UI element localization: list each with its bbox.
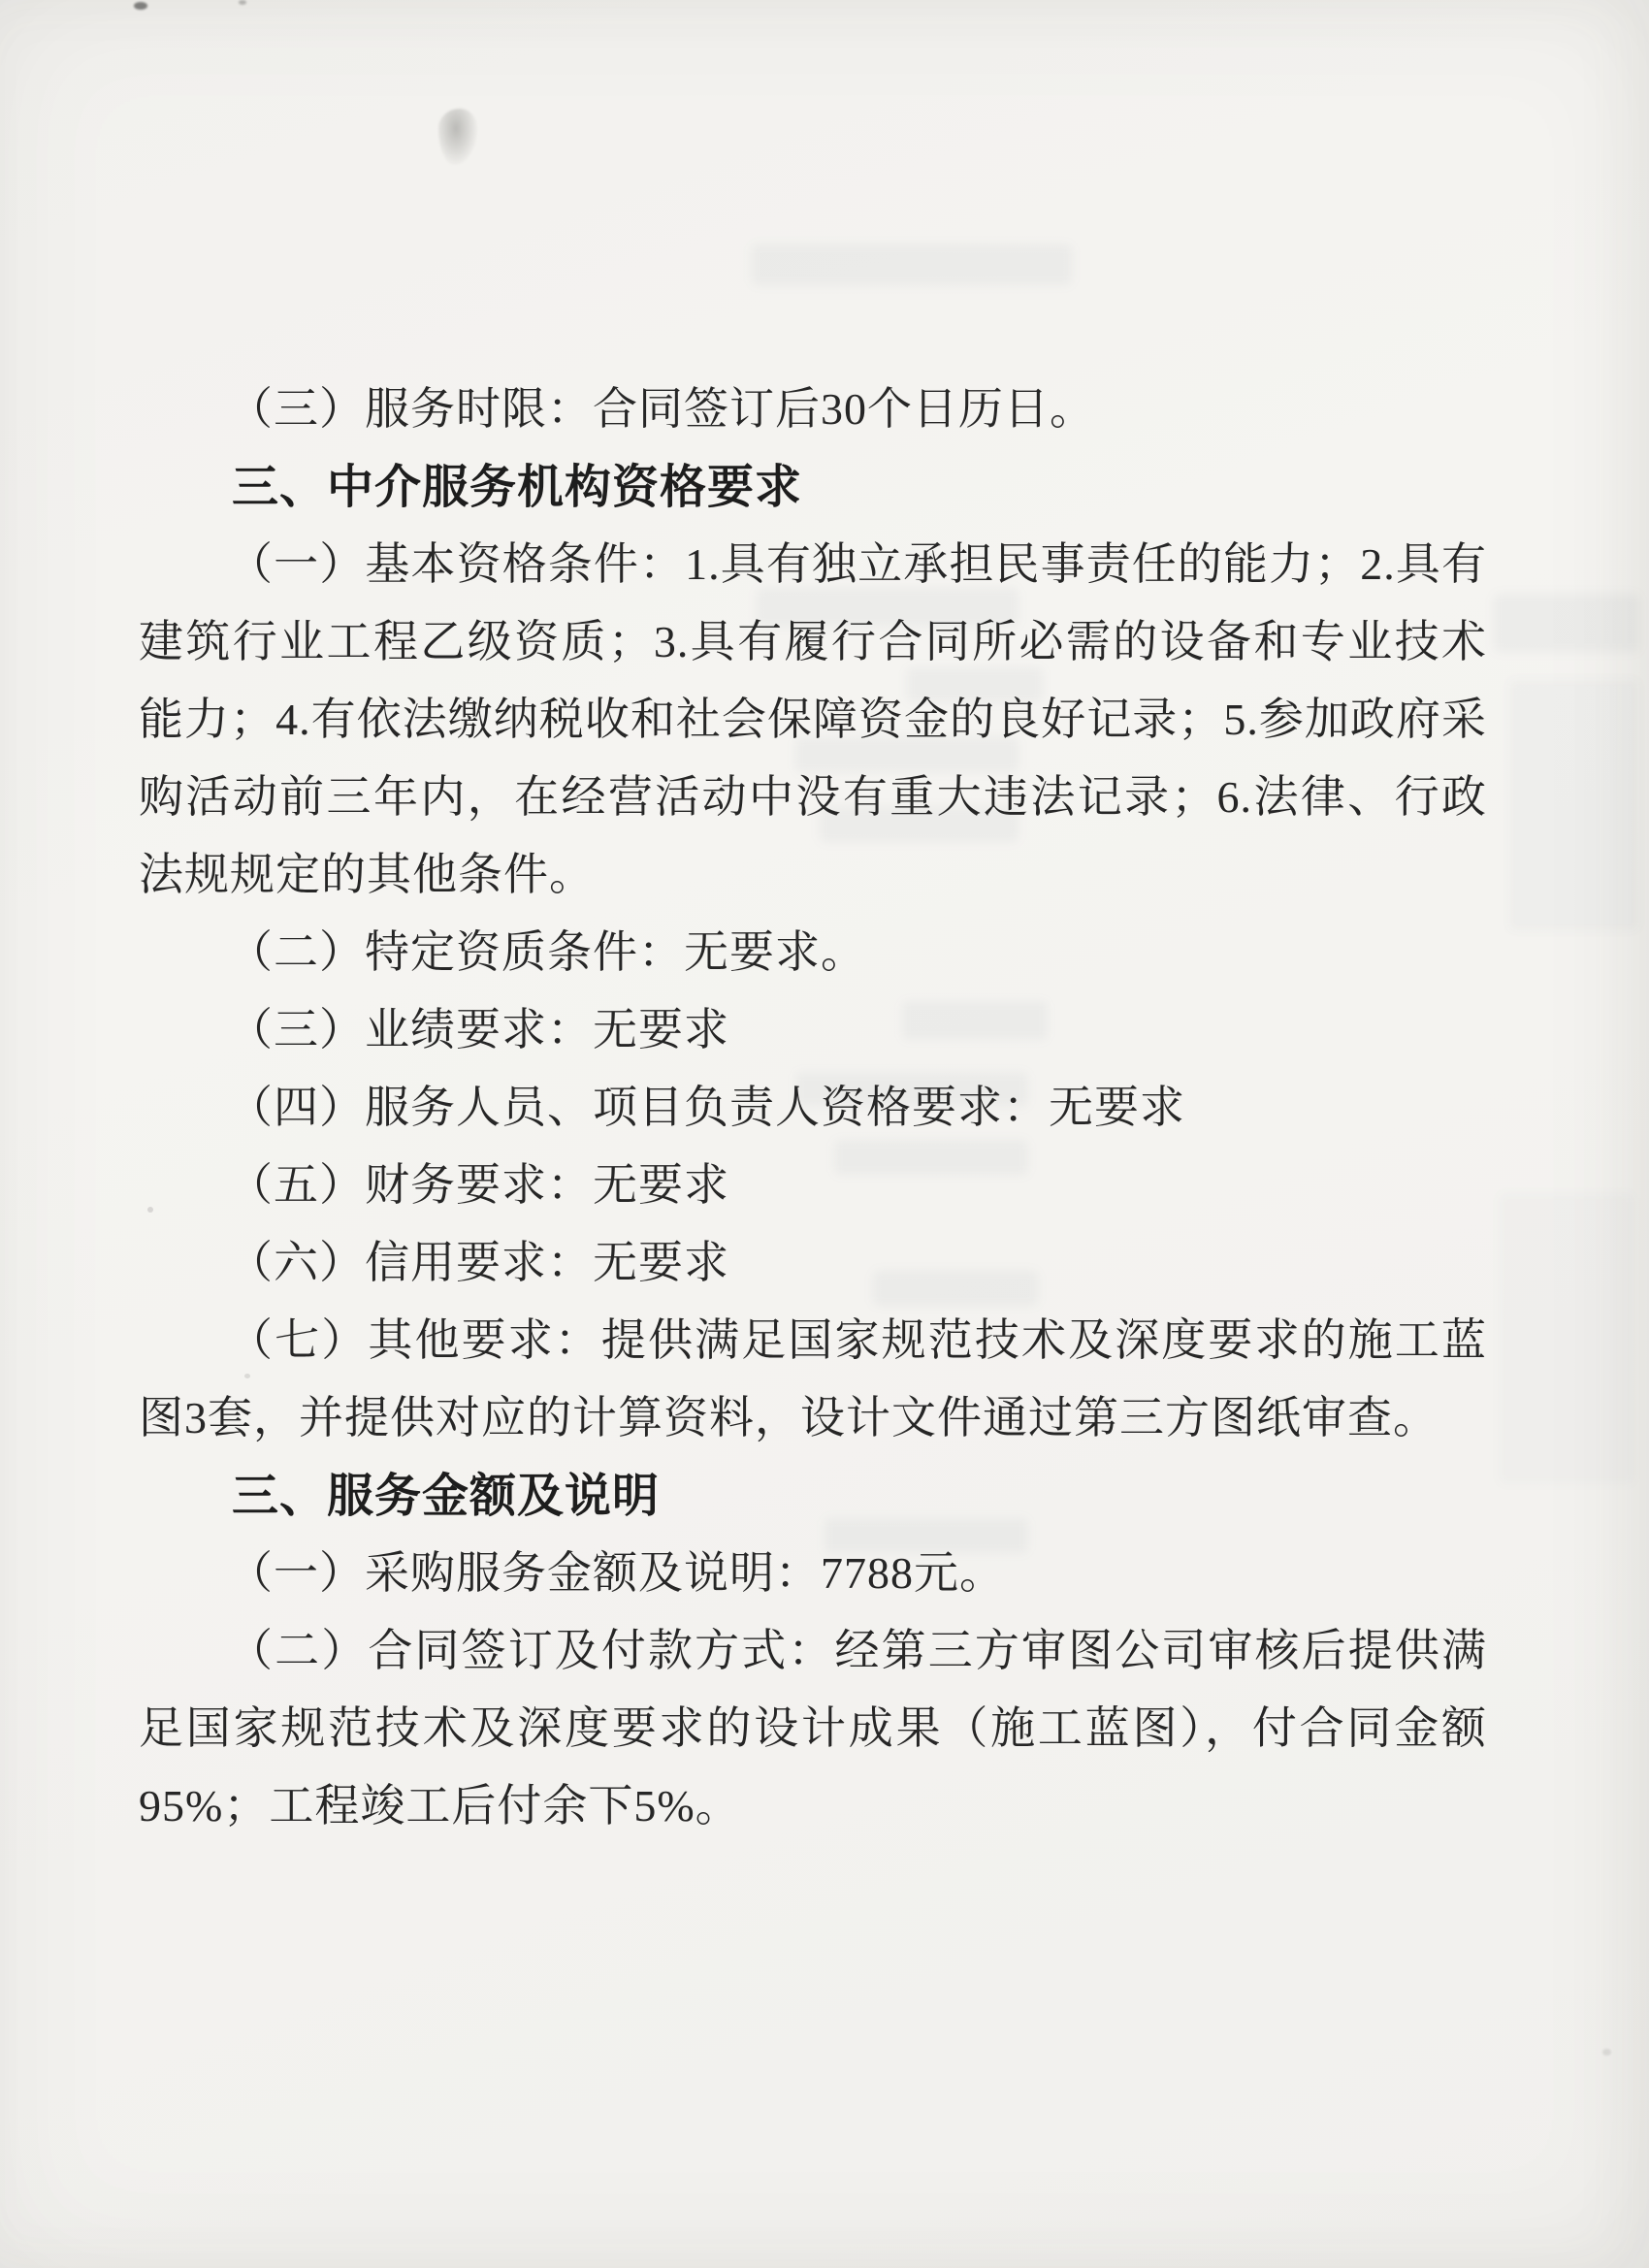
bleedthrough-artifact — [1494, 594, 1639, 652]
paragraph-financial-requirement: （五）财务要求：无要求 — [139, 1147, 1487, 1224]
scan-speck — [134, 2, 147, 10]
paragraph-basic-qualification: （一）基本资格条件：1.具有独立承担民事责任的能力；2.具有建筑行业工程乙级资质… — [139, 526, 1487, 914]
bleedthrough-artifact — [1508, 679, 1639, 931]
scan-speck — [1602, 2049, 1611, 2056]
scan-smudge-mark — [438, 109, 477, 165]
heading-service-amount: 三、服务金额及说明 — [139, 1457, 1487, 1535]
paragraph-specific-qualification: （二）特定资质条件：无要求。 — [139, 914, 1487, 991]
bleedthrough-artifact — [1499, 1193, 1634, 1484]
bleedthrough-artifact — [752, 244, 1072, 285]
paragraph-procurement-amount: （一）采购服务金额及说明：7788元。 — [139, 1535, 1487, 1612]
paragraph-service-deadline: （三）服务时限：合同签订后30个日历日。 — [139, 371, 1487, 448]
paragraph-credit-requirement: （六）信用要求：无要求 — [139, 1224, 1487, 1302]
document-body: （三）服务时限：合同签订后30个日历日。 三、中介服务机构资格要求 （一）基本资… — [139, 371, 1487, 1845]
paragraph-performance-requirement: （三）业绩要求：无要求 — [139, 991, 1487, 1069]
paragraph-personnel-requirement: （四）服务人员、项目负责人资格要求：无要求 — [139, 1069, 1487, 1147]
scan-speck — [239, 0, 246, 5]
paragraph-contract-payment: （二）合同签订及付款方式：经第三方审图公司审核后提供满足国家规范技术及深度要求的… — [139, 1612, 1487, 1845]
paragraph-other-requirements: （七）其他要求：提供满足国家规范技术及深度要求的施工蓝图3套，并提供对应的计算资… — [139, 1302, 1487, 1457]
heading-agency-qualification-requirements: 三、中介服务机构资格要求 — [139, 448, 1487, 526]
scanned-document-page: （三）服务时限：合同签订后30个日历日。 三、中介服务机构资格要求 （一）基本资… — [0, 0, 1649, 2268]
